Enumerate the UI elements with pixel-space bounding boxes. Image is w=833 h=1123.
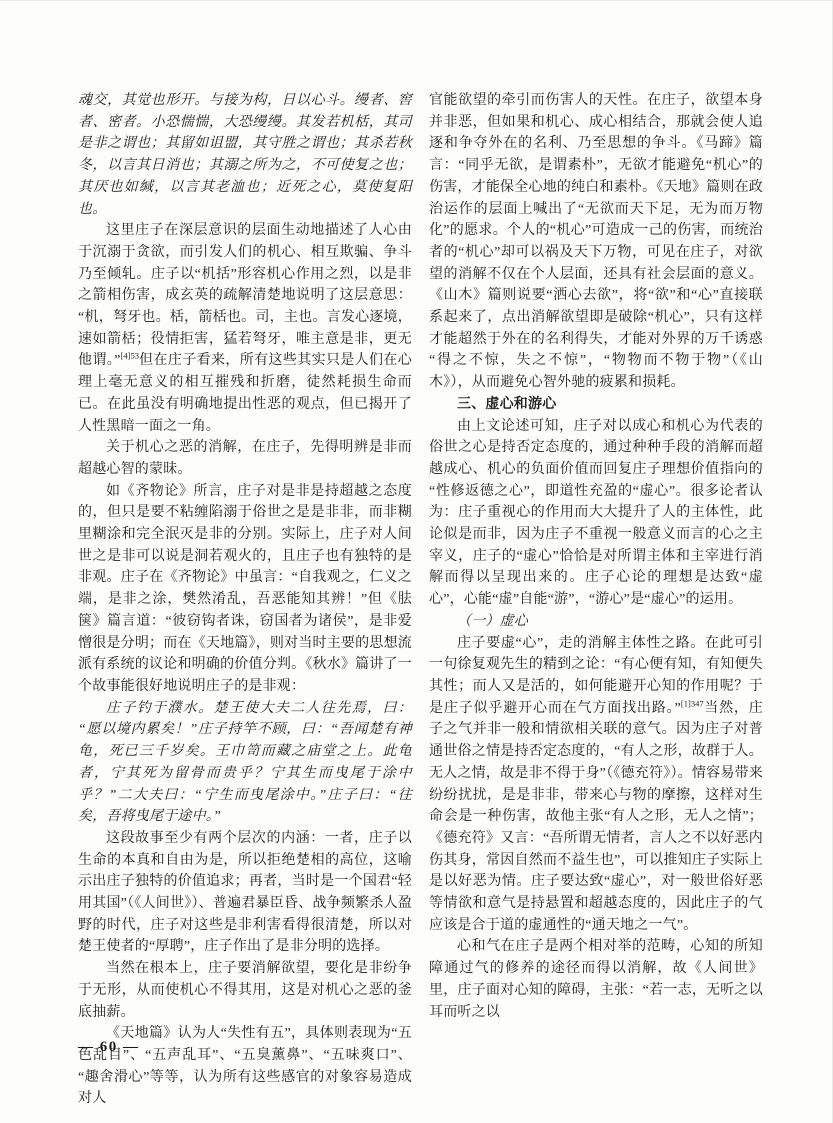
classical-quote-pushui: 庄子钓于濮水。楚王使大夫二人往先焉，曰：“愿以境内累矣！”庄子持竿不顾，曰：“吾…	[78, 698, 412, 828]
document-page: 魂交，其觉也形开。与接为构，日以心斗。缦者、窖者、密者。小恐惴惴，大恐缦缦。其发…	[0, 0, 833, 1123]
paragraph-desire-harm-continuation: 官能欲望的牵引而伤害人的天性。在庄子，欲望本身并非恶，但如果和机心、成心相结合，…	[429, 90, 763, 394]
paragraph-text: 当然，庄子之气并非一般和情欲相关联的意气。因为庄子对普通世俗之情是持否定态度的，…	[429, 701, 763, 933]
paragraph-text: 这里庄子在深层意识的层面生动地描述了人心由于沉溺于贪欲，而引发人们的机心、相互欺…	[78, 223, 412, 368]
paragraph-jixin-analysis: 这里庄子在深层意识的层面生动地描述了人心由于沉溺于贪欲，而引发人们的机心、相互欺…	[78, 220, 412, 437]
paragraph-dissolution-intro: 关于机心之恶的消解，在庄子，先得明辨是非而超越心智的蒙昧。	[78, 437, 412, 480]
paragraph-xu-xin-qi: 庄子要虚“心”，走的消解主体性之路。在此可引一句徐复观先生的精到之论：“有心便有…	[429, 633, 763, 937]
left-column: 魂交，其觉也形开。与接为构，日以心斗。缦者、窖者、密者。小恐惴惴，大恐缦缦。其发…	[78, 90, 412, 1110]
paragraph-desire-dissolve: 当然在根本上，庄子要消解欲望，要化是非纷争于无形，从而使机心不得其用，这是对机心…	[78, 958, 412, 1023]
section-heading-xuxin-youxin: 三、虚心和游心	[429, 394, 763, 416]
paragraph-story-meaning: 这段故事至少有两个层次的内涵：一者，庄子以生命的本真和自由为是，所以拒绝楚相的高…	[78, 828, 412, 958]
text-columns: 魂交，其觉也形开。与接为构，日以心斗。缦者、窖者、密者。小恐惴惴，大恐缦缦。其发…	[78, 90, 763, 1110]
subsection-heading-xuxin: （一）虚心	[429, 611, 763, 633]
classical-quote-continuation: 魂交，其觉也形开。与接为构，日以心斗。缦者、窖者、密者。小恐惴惴，大恐缦缦。其发…	[78, 90, 412, 220]
right-column: 官能欲望的牵引而伤害人的天性。在庄子，欲望本身并非恶，但如果和机心、成心相结合，…	[429, 90, 763, 1110]
citation-ref: [4]53	[121, 351, 139, 361]
citation-ref: [1]347	[681, 698, 704, 708]
paragraph-text: 但在庄子看来，所有这些其实只是人们在心理上毫无意义的相互摧残和折磨，徒然耗损生命…	[78, 353, 412, 433]
paragraph-xin-qi-categories: 心和气在庄子是两个相对举的范畴，心知的所知障通过气的修养的途径而得以消解，故《人…	[429, 936, 763, 1023]
paragraph-qiwulun: 如《齐物论》所言，庄子对是非是持超越之态度的，但只是要不粘缠陷溺于俗世之是是非非…	[78, 481, 412, 698]
paragraph-xuxin-summary: 由上文论述可知，庄子对以成心和机心为代表的俗世之心是持否定态度的，通过种种手段的…	[429, 416, 763, 611]
paragraph-five-losses: 《天地篇》认为人“失性有五”，具体则表现为“五色乱目”、“五声乱耳”、“五臭薰鼻…	[78, 1023, 412, 1110]
page-number: — 60 —	[78, 1039, 140, 1056]
